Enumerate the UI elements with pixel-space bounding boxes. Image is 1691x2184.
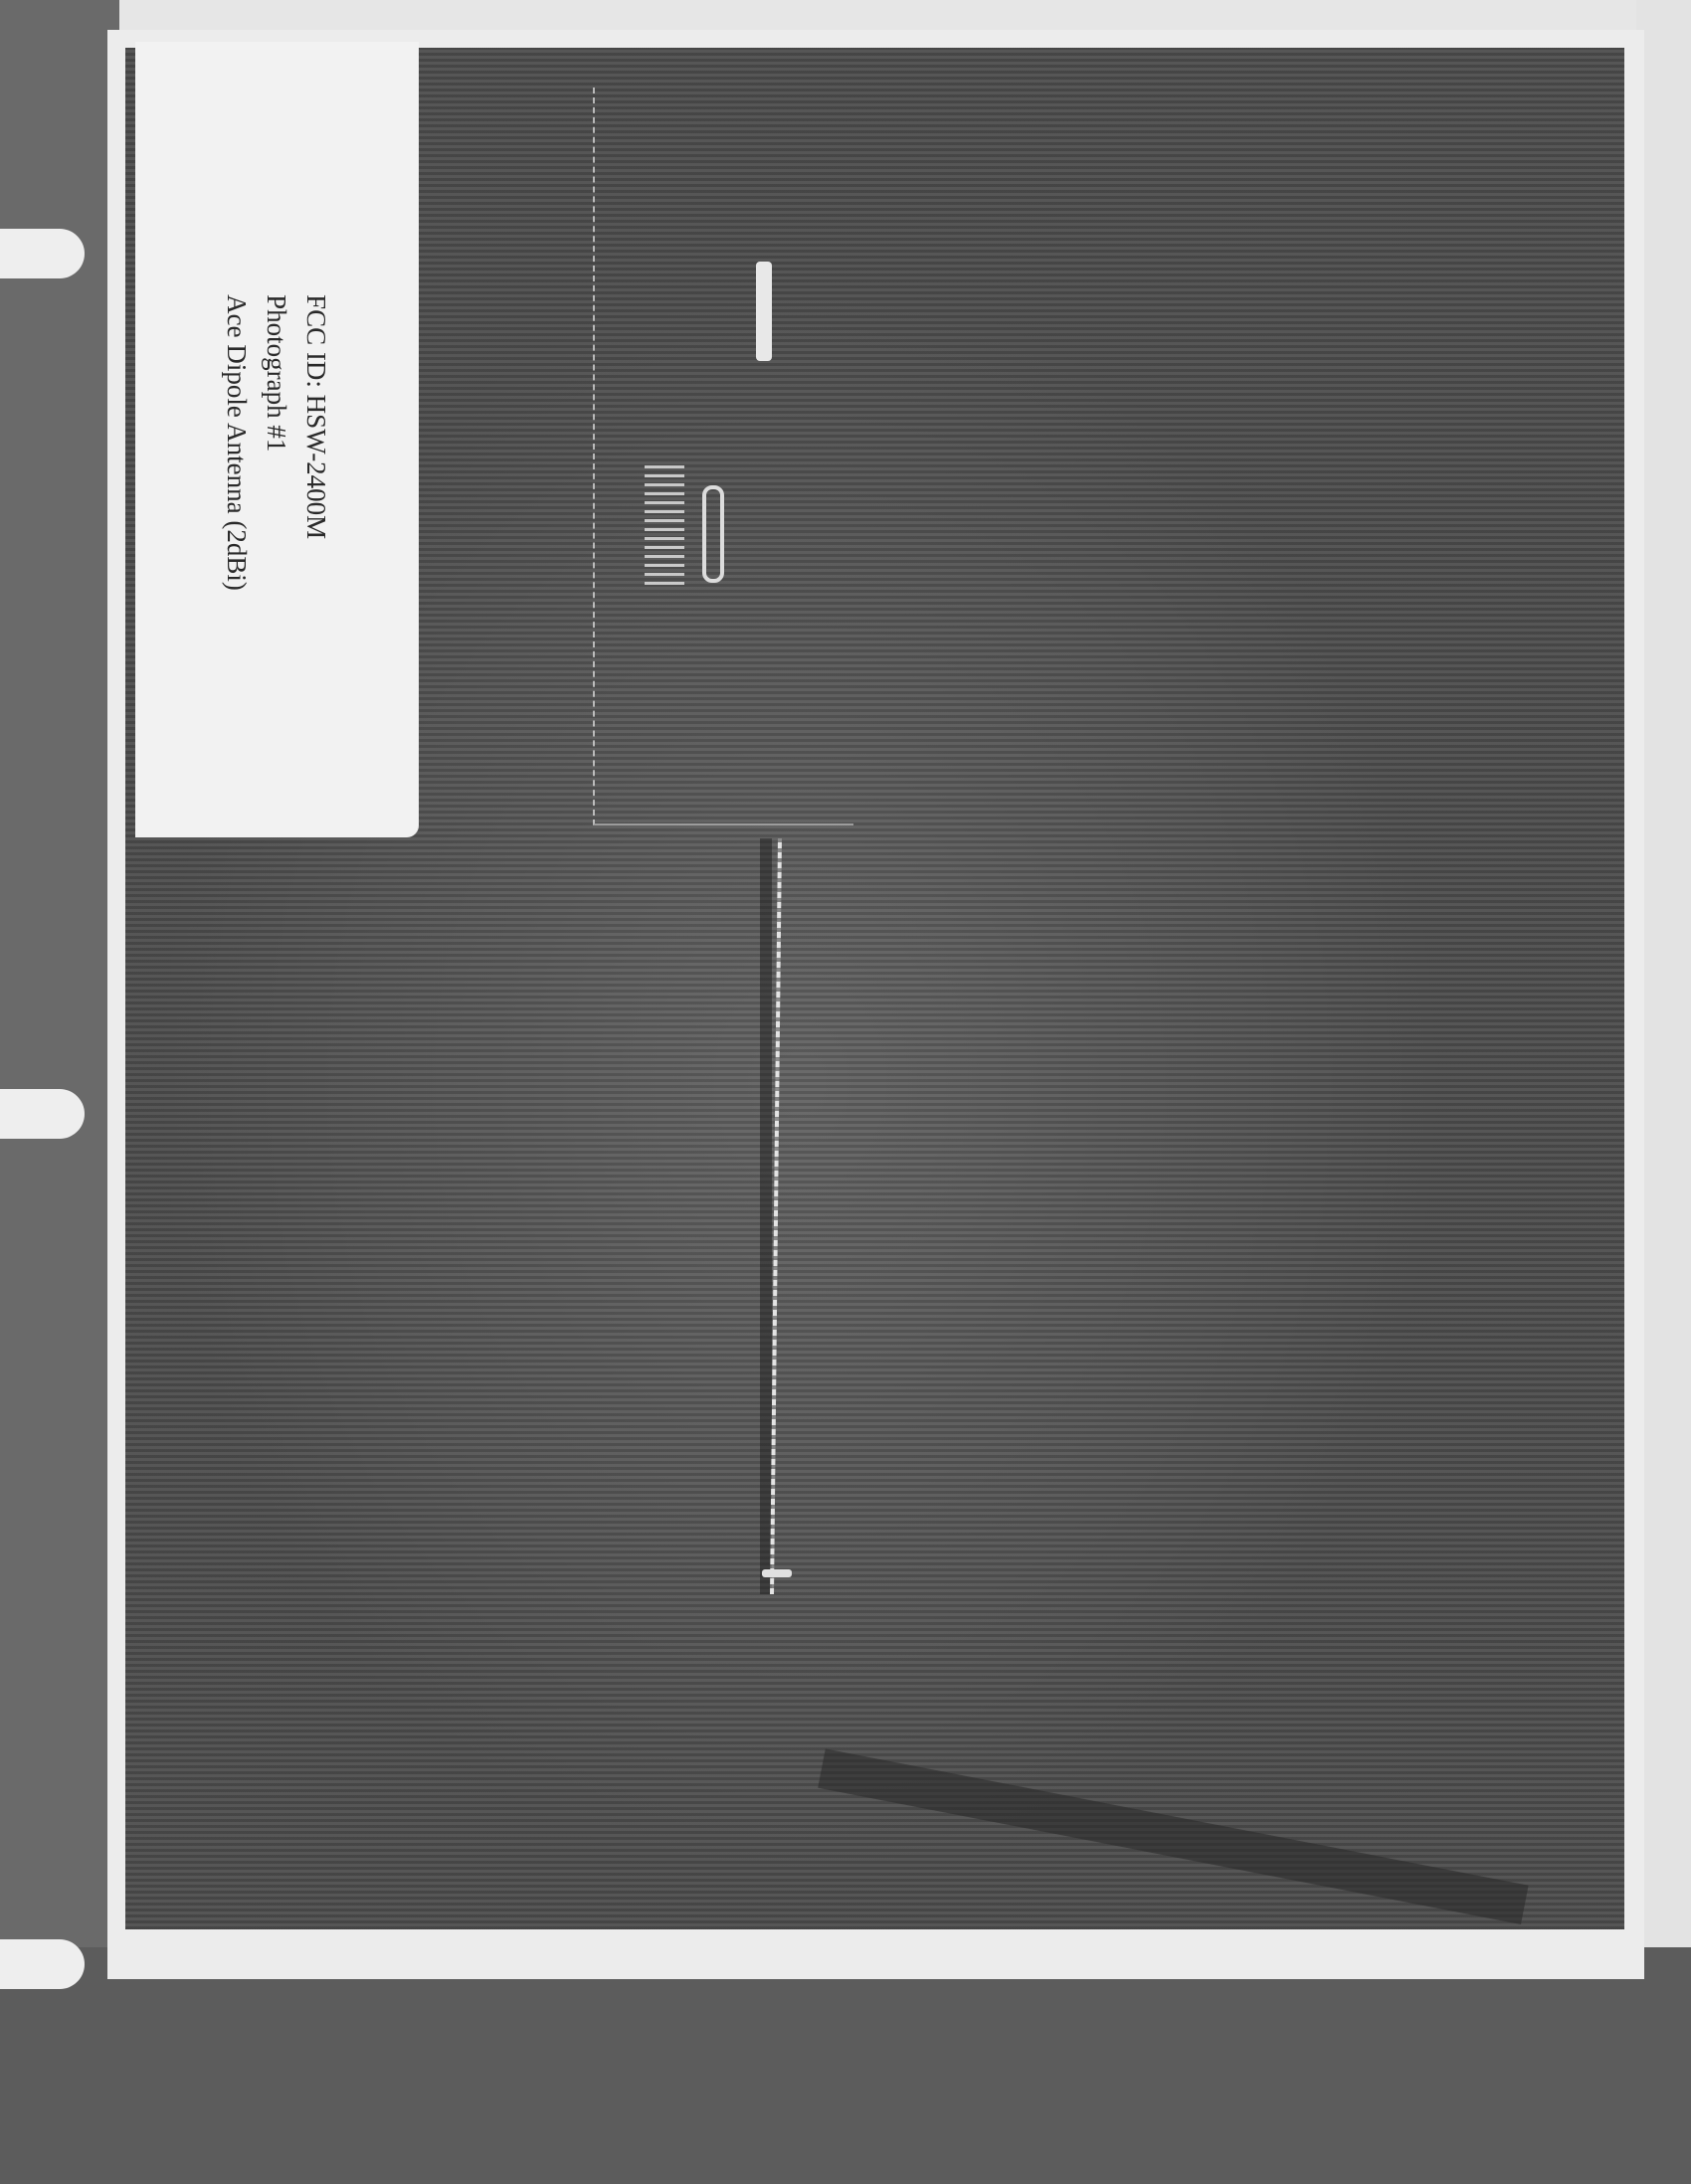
page-right-margin [1636,0,1691,2184]
caption: FCC ID: HSW-2400M Photograph #1 Ace Dipo… [217,294,336,591]
device-body [593,88,853,825]
caption-photo-number: Photograph #1 [257,294,296,591]
binder-hole-bottom [0,1939,85,1989]
device-label-sticker [756,262,772,361]
page-bottom-margin [0,1947,1691,2184]
caption-fcc-id: FCC ID: HSW-2400M [296,294,336,591]
caption-description: Ace Dipole Antenna (2dBi) [217,294,257,591]
device-logo [702,485,724,583]
device-vents [645,465,684,585]
antenna-shadow [760,838,772,1594]
antenna-tip [762,1569,792,1577]
binder-hole-middle [0,1089,85,1139]
binder-hole-top [0,229,85,278]
page-top-margin [119,0,1691,30]
